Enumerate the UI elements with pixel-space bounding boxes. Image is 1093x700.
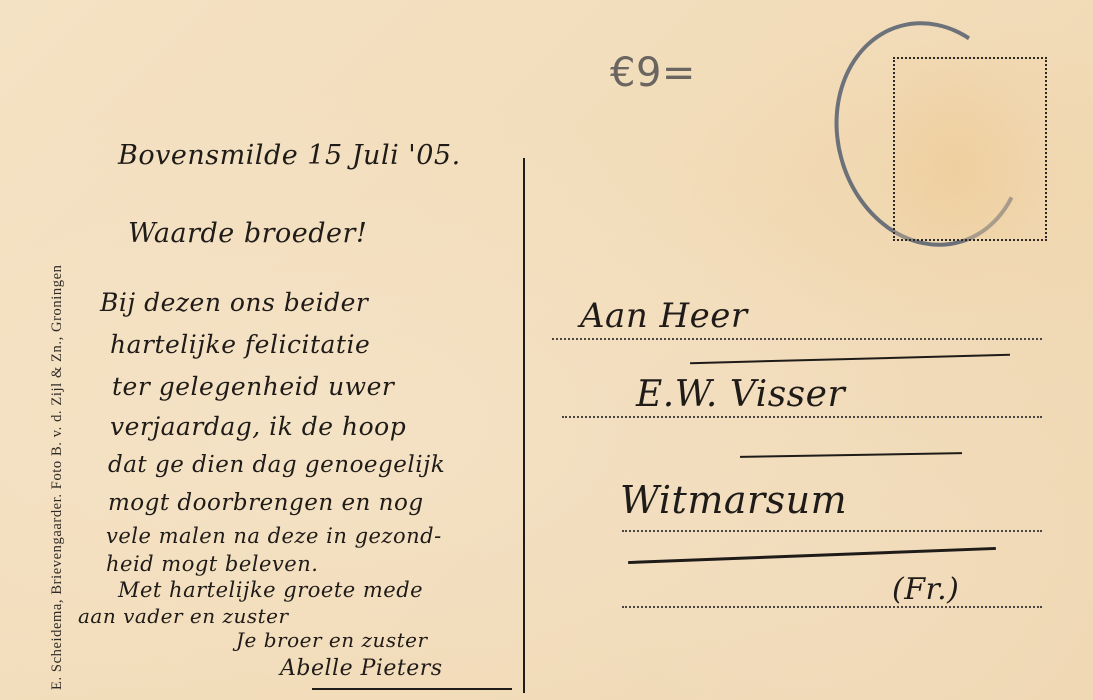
address-dotted-line <box>552 338 1042 340</box>
address-underline <box>628 547 996 564</box>
salutation: Waarde broeder! <box>128 218 367 249</box>
place-date: Bovensmilde 15 Juli '05. <box>118 140 461 171</box>
message-line: dat ge dien dag genoegelijk <box>108 452 445 478</box>
center-divider <box>523 158 525 693</box>
message-line: mogt doorbrengen en nog <box>108 490 424 516</box>
address-dotted-line <box>562 416 1042 418</box>
address-line-1: Aan Heer <box>580 296 748 336</box>
message-line: heid mogt beleven. <box>106 552 318 576</box>
address-flourish <box>690 354 1010 364</box>
address-line-4: (Fr.) <box>892 572 959 607</box>
closing-line: Met hartelijke groete mede <box>118 578 423 602</box>
address-flourish <box>740 452 962 458</box>
valediction: Je broer en zuster <box>236 628 428 652</box>
message-line: verjaardag, ik de hoop <box>110 412 406 441</box>
address-line-2: E.W. Visser <box>636 374 845 415</box>
stamp-placeholder <box>893 57 1047 241</box>
address-dotted-line <box>622 606 1042 608</box>
message-line: ter gelegenheid uwer <box>112 372 394 401</box>
postcard: E. Scheidema, Brievengaarder. Foto B. v.… <box>0 0 1093 700</box>
closing-line: aan vader en zuster <box>78 604 289 628</box>
address-dotted-line <box>622 530 1042 532</box>
message-line: hartelijke felicitatie <box>110 330 370 359</box>
signature: Abelle Pieters <box>280 656 443 681</box>
signature-underline <box>312 688 512 690</box>
message-line: Bij dezen ons beider <box>100 288 368 317</box>
publisher-imprint: E. Scheidema, Brievengaarder. Foto B. v.… <box>49 265 66 690</box>
message-line: vele malen na deze in gezond- <box>106 524 442 548</box>
address-line-3: Witmarsum <box>620 478 847 522</box>
pencil-note: €9= <box>610 50 696 96</box>
